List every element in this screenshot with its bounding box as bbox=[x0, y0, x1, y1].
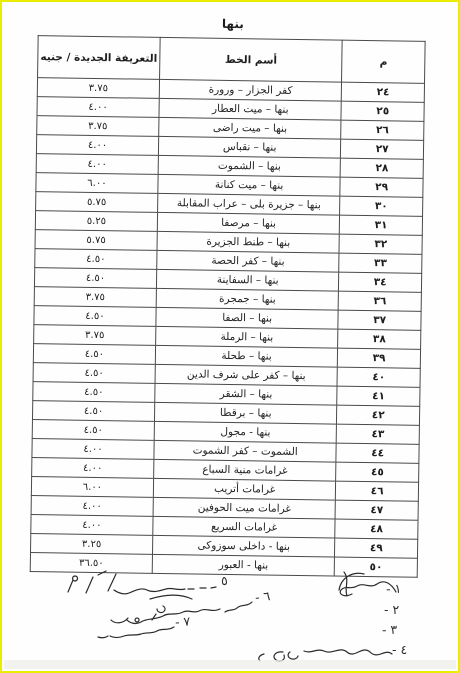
tariff-cell: ٤.٥٠ bbox=[33, 344, 155, 365]
header-tariff: التعريفة الجديدة / جنيه bbox=[38, 36, 161, 80]
row-number-cell: ٤٩ bbox=[335, 538, 418, 558]
handwritten-number-3: - ٣ bbox=[382, 622, 398, 638]
row-number-cell: ٢٤ bbox=[342, 82, 425, 102]
tariff-cell: ٤.٠٠ bbox=[32, 458, 154, 479]
tariff-table: م أسم الخط التعريفة الجديدة / جنيه ٢٤كفر… bbox=[30, 35, 426, 578]
row-number-cell: ٤٦ bbox=[336, 481, 419, 501]
tariff-cell: ٣.٧٥ bbox=[34, 325, 156, 346]
tariff-cell: ٤.٠٠ bbox=[36, 135, 158, 156]
table-header-row: م أسم الخط التعريفة الجديدة / جنيه bbox=[38, 36, 426, 84]
row-number-cell: ٢٨ bbox=[340, 158, 423, 178]
header-number: م bbox=[342, 40, 425, 83]
tariff-cell: ٤.٥٠ bbox=[33, 363, 155, 384]
row-number-cell: ٣٢ bbox=[339, 234, 422, 254]
row-number-cell: ٤٧ bbox=[335, 500, 418, 520]
tariff-cell: ٤.٠٠ bbox=[36, 154, 158, 175]
row-number-cell: ٢٦ bbox=[341, 120, 424, 140]
tariff-cell: ٥.٧٥ bbox=[36, 192, 158, 213]
row-number-cell: ٤٥ bbox=[336, 462, 419, 482]
scribble-note-4 bbox=[304, 650, 392, 655]
tariff-cell: ٣.٧٥ bbox=[37, 78, 159, 99]
tariff-cell: ٤.٠٠ bbox=[32, 439, 154, 460]
row-number-cell: ٤١ bbox=[337, 386, 420, 406]
scribble-note-7b bbox=[135, 614, 156, 622]
tariff-cell: ٣.٢٥ bbox=[31, 534, 153, 555]
tariff-cell: ٥.٧٥ bbox=[35, 230, 157, 251]
scanned-page: بنها م أسم الخط التعريفة الجديدة / جنيه … bbox=[0, 0, 460, 673]
tariff-cell: ٥.٢٥ bbox=[35, 211, 157, 232]
tariff-cell: ٤.٥٠ bbox=[34, 306, 156, 327]
document-body: بنها م أسم الخط التعريفة الجديدة / جنيه … bbox=[30, 12, 428, 578]
table-body: ٢٤كفر الجزار – ورورة٣.٧٥٢٥بنها – ميت الع… bbox=[30, 78, 424, 578]
tariff-cell: ٤.٥٠ bbox=[34, 268, 156, 289]
page-title: بنها bbox=[38, 12, 428, 37]
handwritten-number-5: ٥ bbox=[220, 573, 228, 589]
tariff-cell: ٤.٥٠ bbox=[35, 249, 157, 270]
row-number-cell: ٣١ bbox=[340, 215, 423, 235]
scribble-note-7 bbox=[98, 627, 174, 638]
handwritten-number-7: - ٧ bbox=[174, 613, 190, 629]
tariff-cell: ٤.٥٠ bbox=[32, 401, 154, 422]
row-number-cell: ٤٢ bbox=[337, 405, 420, 425]
row-number-cell: ٣٤ bbox=[339, 272, 422, 292]
row-number-cell: ٣٧ bbox=[338, 310, 421, 330]
row-number-cell: ٢٥ bbox=[341, 101, 424, 121]
tariff-cell: ٤.٥٠ bbox=[32, 420, 154, 441]
row-number-cell: ٣٨ bbox=[338, 329, 421, 349]
row-number-cell: ٤٣ bbox=[337, 424, 420, 444]
row-number-cell: ٥٠ bbox=[335, 557, 418, 577]
scribble-note-5b bbox=[68, 571, 116, 593]
row-number-cell: ٢٩ bbox=[340, 177, 423, 197]
tariff-cell: ٣٦.٥٠ bbox=[30, 553, 152, 574]
tariff-cell: ٤.٠٠ bbox=[37, 97, 159, 118]
tariff-cell: ٤.٠٠ bbox=[31, 496, 153, 517]
handwritten-number-6: - ٦ bbox=[254, 588, 271, 605]
handwritten-number-2: - ٢ bbox=[384, 602, 399, 617]
tariff-cell: ٣.٧٥ bbox=[34, 287, 156, 308]
handwritten-number-1: - ١ bbox=[386, 581, 402, 597]
line-name-cell: بنها - العبور bbox=[152, 554, 335, 576]
row-number-cell: ٣٩ bbox=[338, 348, 421, 368]
tariff-cell: ٦.٠٠ bbox=[36, 173, 158, 194]
row-number-cell: ٣٣ bbox=[339, 253, 422, 273]
scanner-edge-shadow bbox=[4, 660, 456, 669]
row-number-cell: ٣٦ bbox=[338, 291, 421, 311]
row-number-cell: ٢٧ bbox=[341, 139, 424, 159]
tariff-cell: ٤.٥٠ bbox=[33, 382, 155, 403]
scribble-note-5 bbox=[114, 587, 216, 594]
tariff-cell: ٣.٧٥ bbox=[37, 116, 159, 137]
tariff-cell: ٤.٠٠ bbox=[31, 515, 153, 536]
row-number-cell: ٤٠ bbox=[337, 367, 420, 387]
row-number-cell: ٤٤ bbox=[336, 443, 419, 463]
row-number-cell: ٣٠ bbox=[340, 196, 423, 216]
handwritten-number-4: - ٤ bbox=[392, 642, 407, 657]
tariff-cell: ٦.٠٠ bbox=[31, 477, 153, 498]
header-line-name: أسم الخط bbox=[159, 37, 342, 82]
row-number-cell: ٤٨ bbox=[335, 519, 418, 539]
